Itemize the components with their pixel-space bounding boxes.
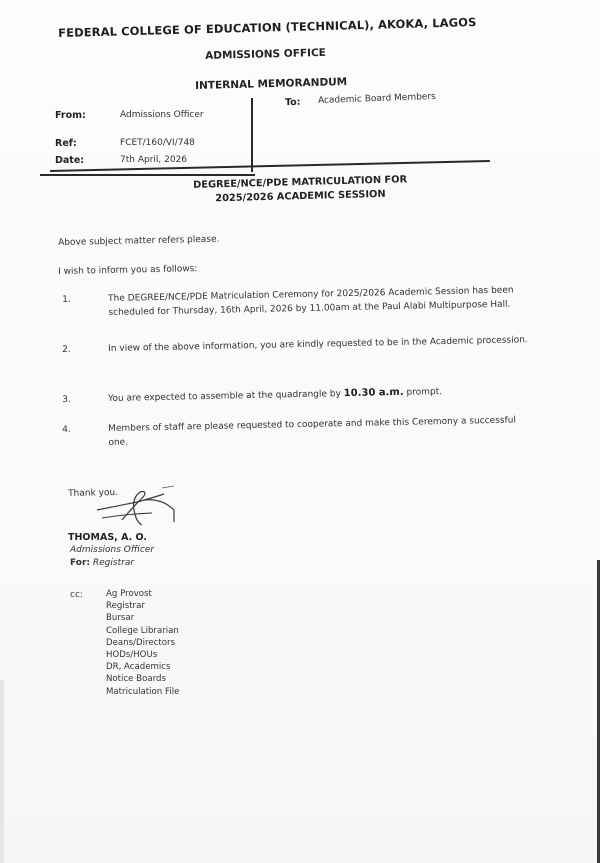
memo-subject: DEGREE/NCE/PDE MATRICULATION FOR 2025/20… [150, 172, 451, 208]
page-edge-shadow [0, 680, 4, 863]
document-type: INTERNAL MEMORANDUM [195, 76, 347, 92]
list-item-3: 3. You are expected to assemble at the q… [62, 383, 532, 407]
memo-page: FEDERAL COLLEGE OF EDUCATION (TECHNICAL)… [0, 0, 600, 863]
for-value: Registrar [93, 558, 134, 568]
date-value: 7th April, 2026 [120, 155, 187, 165]
item-text: Members of staff are please requested to… [108, 413, 532, 450]
list-item-4: 4. Members of staff are please requested… [62, 413, 532, 451]
item-text: In view of the above information, you ar… [108, 333, 532, 356]
list-item-1: 1. The DEGREE/NCE/PDE Matriculation Cere… [62, 283, 532, 321]
from-label: From: [55, 110, 86, 121]
ref-label: Ref: [55, 138, 77, 149]
item-text: You are expected to assemble at the quad… [108, 383, 532, 406]
signatory-title: Admissions Officer [70, 545, 154, 555]
intro-line-1: Above subject matter refers please. [58, 226, 528, 250]
meta-divider-horizontal [50, 160, 490, 172]
cc-recipient: Registrar [106, 600, 179, 612]
institution-name: FEDERAL COLLEGE OF EDUCATION (TECHNICAL)… [58, 12, 578, 40]
meta-divider-left [40, 174, 255, 176]
to-value: Academic Board Members [318, 92, 436, 106]
cc-label: cc: [70, 590, 83, 600]
item-number: 2. [62, 342, 92, 357]
office-name: ADMISSIONS OFFICE [205, 47, 326, 62]
item-text-after: prompt. [404, 387, 443, 398]
cc-list: Ag Provost Registrar Bursar College Libr… [106, 588, 179, 698]
item-text-before: You are expected to assemble at the quad… [108, 389, 344, 404]
cc-recipient: Bursar [106, 612, 179, 624]
cc-recipient: DR, Academics [106, 661, 179, 673]
cc-recipient: Deans/Directors [106, 637, 179, 649]
assembly-time: 10.30 a.m. [344, 387, 404, 399]
list-item-2: 2. In view of the above information, you… [62, 333, 532, 357]
ref-value: FCET/160/VI/748 [120, 138, 195, 148]
for-label: For: [70, 558, 90, 568]
to-label: To: [285, 97, 301, 108]
cc-recipient: Notice Boards [106, 673, 179, 685]
cc-recipient: Ag Provost [106, 588, 179, 600]
cc-recipient: College Librarian [106, 625, 179, 637]
signatory-name: THOMAS, A. O. [68, 532, 147, 543]
meta-divider-vertical [251, 98, 253, 172]
item-text: The DEGREE/NCE/PDE Matriculation Ceremon… [108, 283, 532, 320]
signatory-for: For: Registrar [70, 558, 134, 568]
signature-scribble [92, 480, 182, 530]
item-number: 4. [62, 422, 92, 437]
cc-recipient: Matriculation File [106, 686, 179, 698]
cc-recipient: HODs/HOUs [106, 649, 179, 661]
item-number: 1. [62, 292, 92, 307]
date-label: Date: [55, 155, 84, 166]
from-value: Admissions Officer [120, 110, 204, 120]
intro-line-2: I wish to inform you as follows: [58, 255, 528, 279]
item-number: 3. [62, 392, 92, 407]
